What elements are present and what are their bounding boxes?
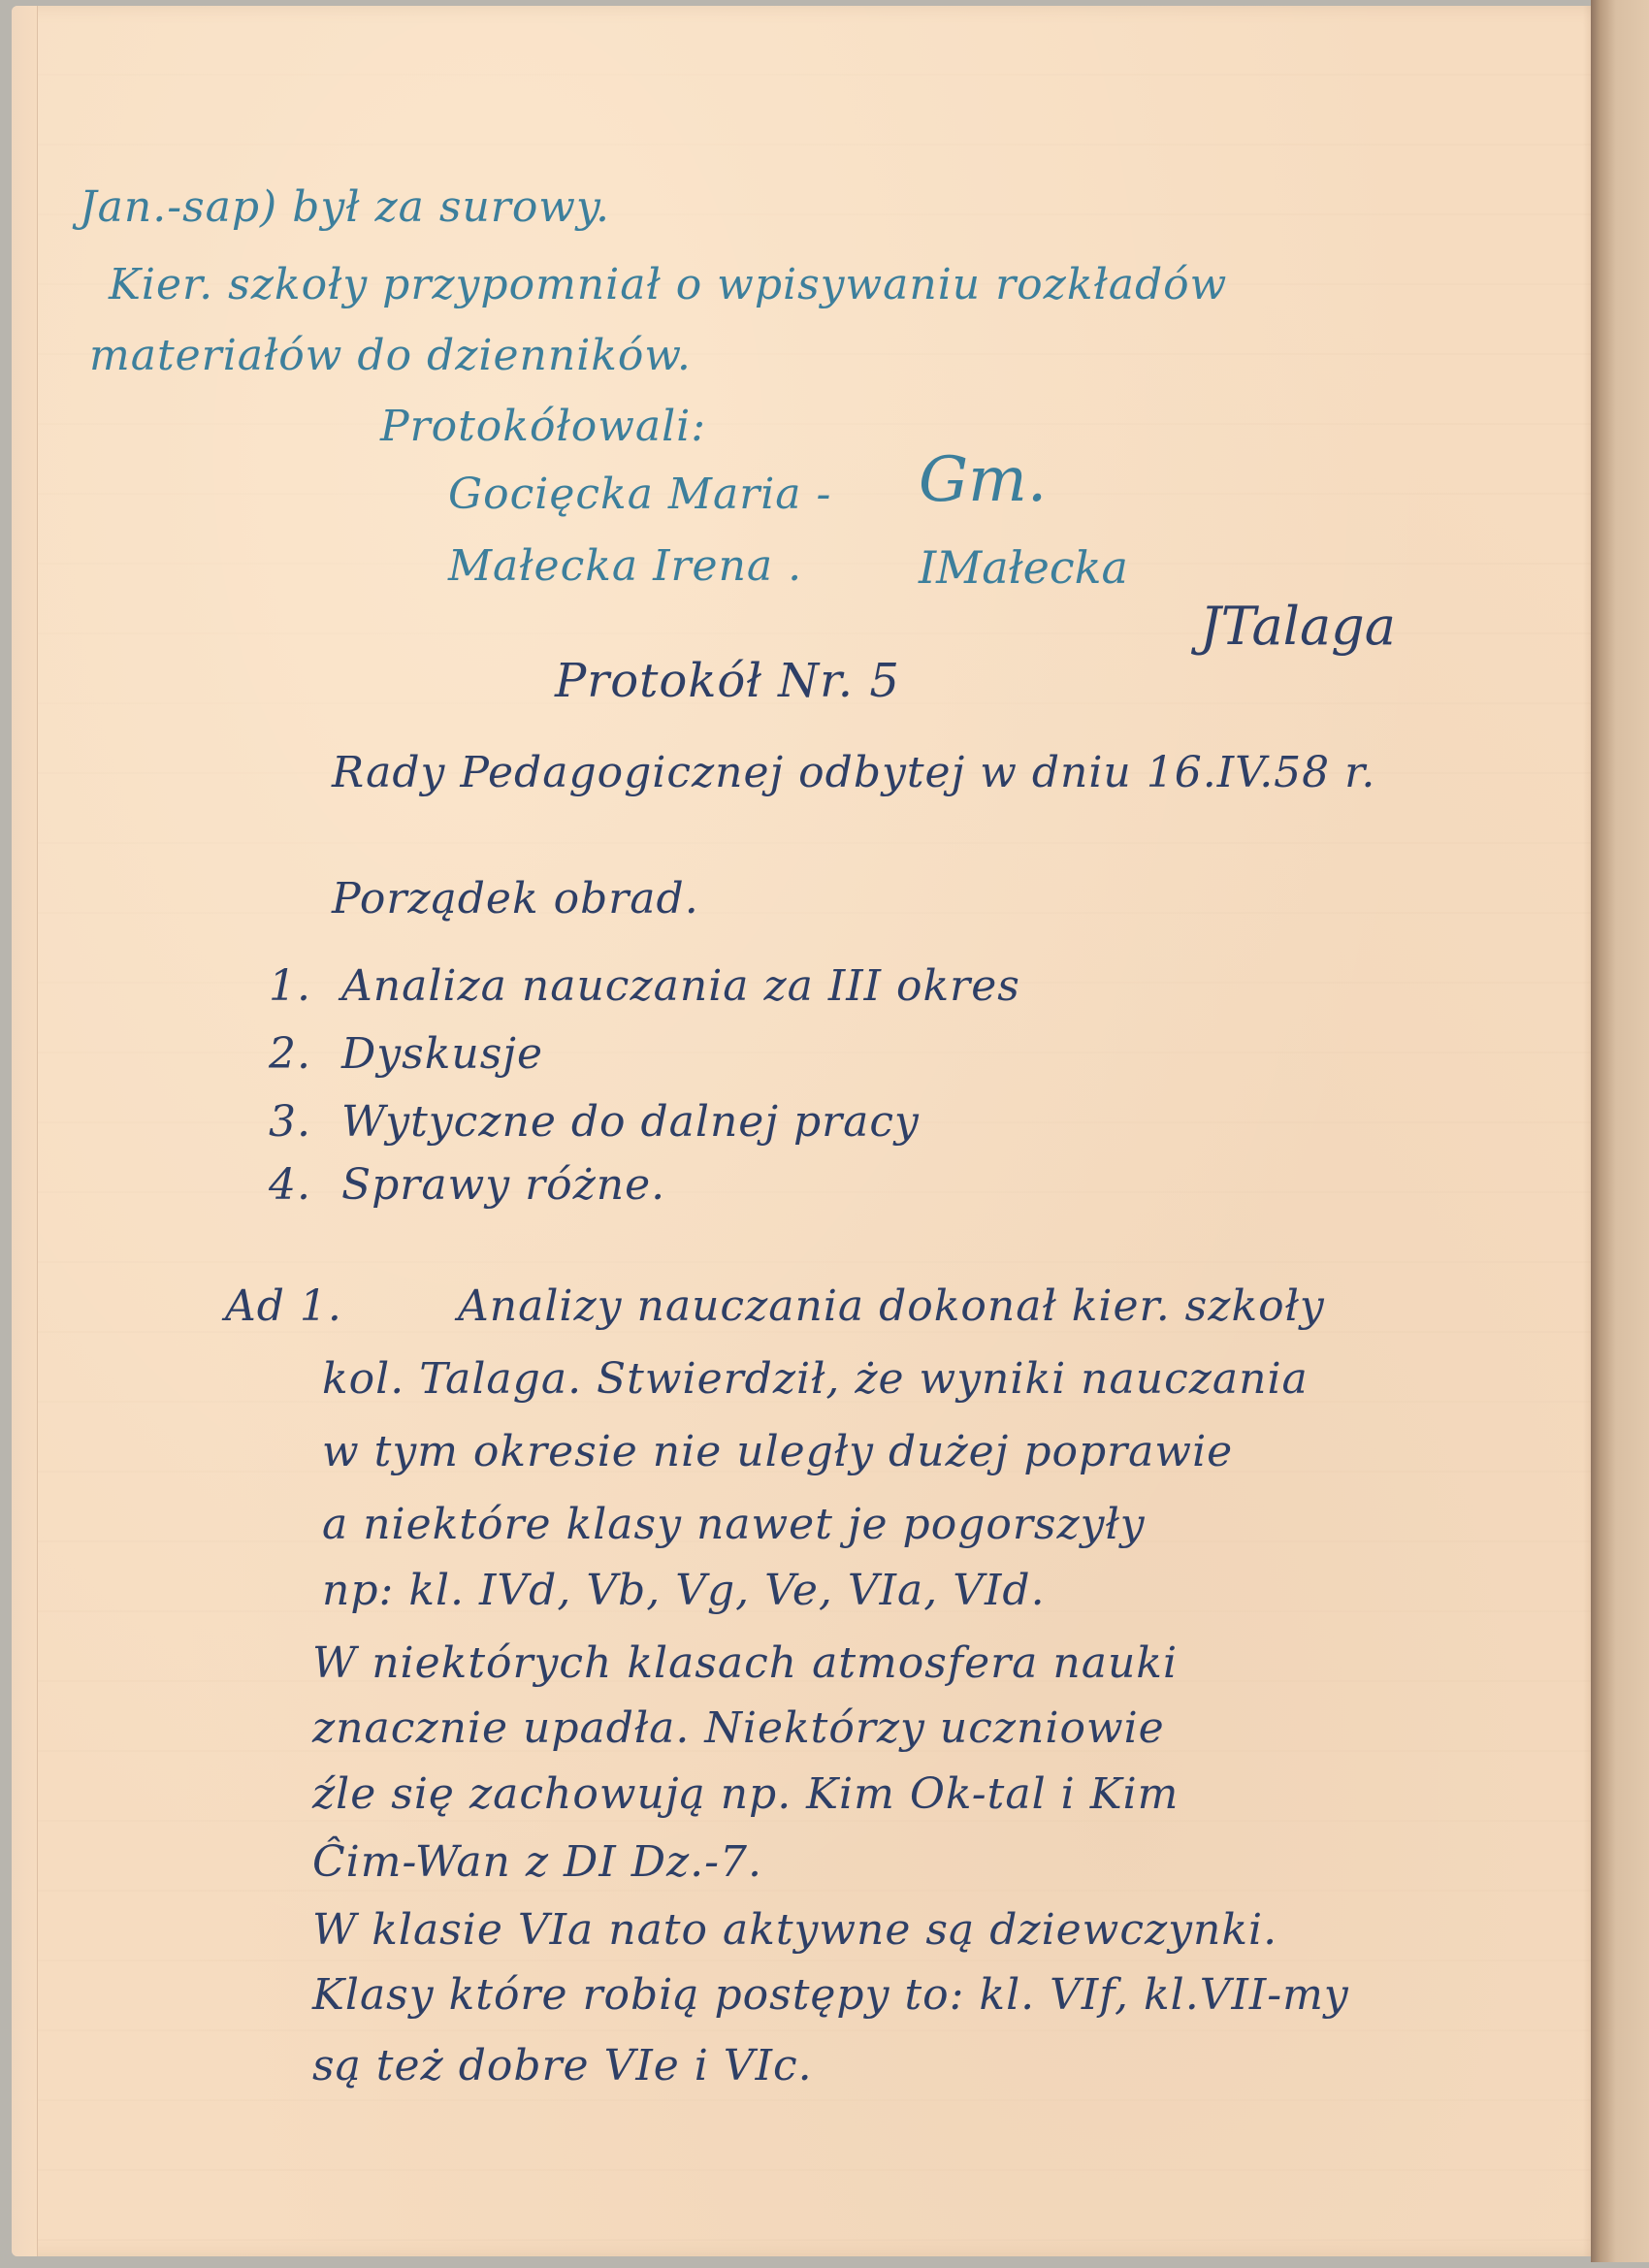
section-line-7: znacznie upadła. Niektórzy uczniowie [312,1703,1165,1753]
book-binding-gutter [1591,0,1649,2262]
section-line-5: np: kl. IVd, Vb, Vg, Ve, VIa, VId. [322,1566,1046,1615]
section-line-9: Ĉim-Wan z DI Dz.-7. [312,1837,762,1887]
scanned-page: Jan.-sap) był za surowy. Kier. szkoły pr… [0,0,1649,2268]
agenda-item-2-number: 2. [269,1029,311,1079]
section-line-12: są też dobre VIe i VIc. [312,2041,813,2090]
agenda-heading: Porządek obrad. [332,874,699,923]
recorder-signature-1: Gm. [919,444,1047,516]
recorders-heading: Protokółowali: [380,402,706,451]
agenda-item-3-number: 3. [269,1097,311,1147]
protocol-title: Protokół Nr. 5 [555,654,900,708]
section-label: Ad 1. [225,1281,342,1331]
section-line-3: w tym okresie nie uległy dużej poprawie [322,1427,1233,1476]
section-line-4: a niektóre klasy nawet je pogorszyły [322,1500,1146,1549]
page-edge [12,6,38,2256]
section-line-2: kol. Talaga. Stwierdził, że wyniki naucz… [322,1354,1309,1404]
recorder-signature-2: IMałecka [919,541,1128,594]
agenda-item-1-number: 1. [269,961,311,1011]
agenda-item-4-text: Sprawy różne. [341,1160,665,1210]
section-line-11: Klasy które robią postępy to: kl. VIf, k… [312,1970,1349,2020]
head-signature: JTalaga [1200,596,1396,657]
recorder-name-1: Gocięcka Maria - [448,470,831,519]
agenda-item-4-number: 4. [269,1160,311,1210]
section-line-1: Analizy nauczania dokonał kier. szkoły [458,1281,1325,1331]
section-line-6: W niektórych klasach atmosfera nauki [312,1638,1178,1688]
previous-entry-line-1: Jan.-sap) był za surowy. [80,182,610,232]
section-line-10: W klasie VIa nato aktywne są dziewczynki… [312,1905,1277,1955]
agenda-item-1-text: Analiza nauczania za III okres [341,961,1020,1011]
agenda-item-2-text: Dyskusje [341,1029,543,1079]
previous-entry-line-2: Kier. szkoły przypomniał o wpisywaniu ro… [109,260,1227,309]
protocol-subtitle: Rady Pedagogicznej odbytej w dniu 16.IV.… [332,748,1375,797]
previous-entry-line-3: materiałów do dzienników. [89,331,692,380]
section-line-8: źle się zachowują np. Kim Ok-tal i Kim [312,1769,1179,1819]
agenda-item-3-text: Wytyczne do dalnej pracy [341,1097,920,1147]
recorder-name-2: Małecka Irena . [448,541,802,591]
notebook-page: Jan.-sap) był za surowy. Kier. szkoły pr… [12,6,1602,2256]
